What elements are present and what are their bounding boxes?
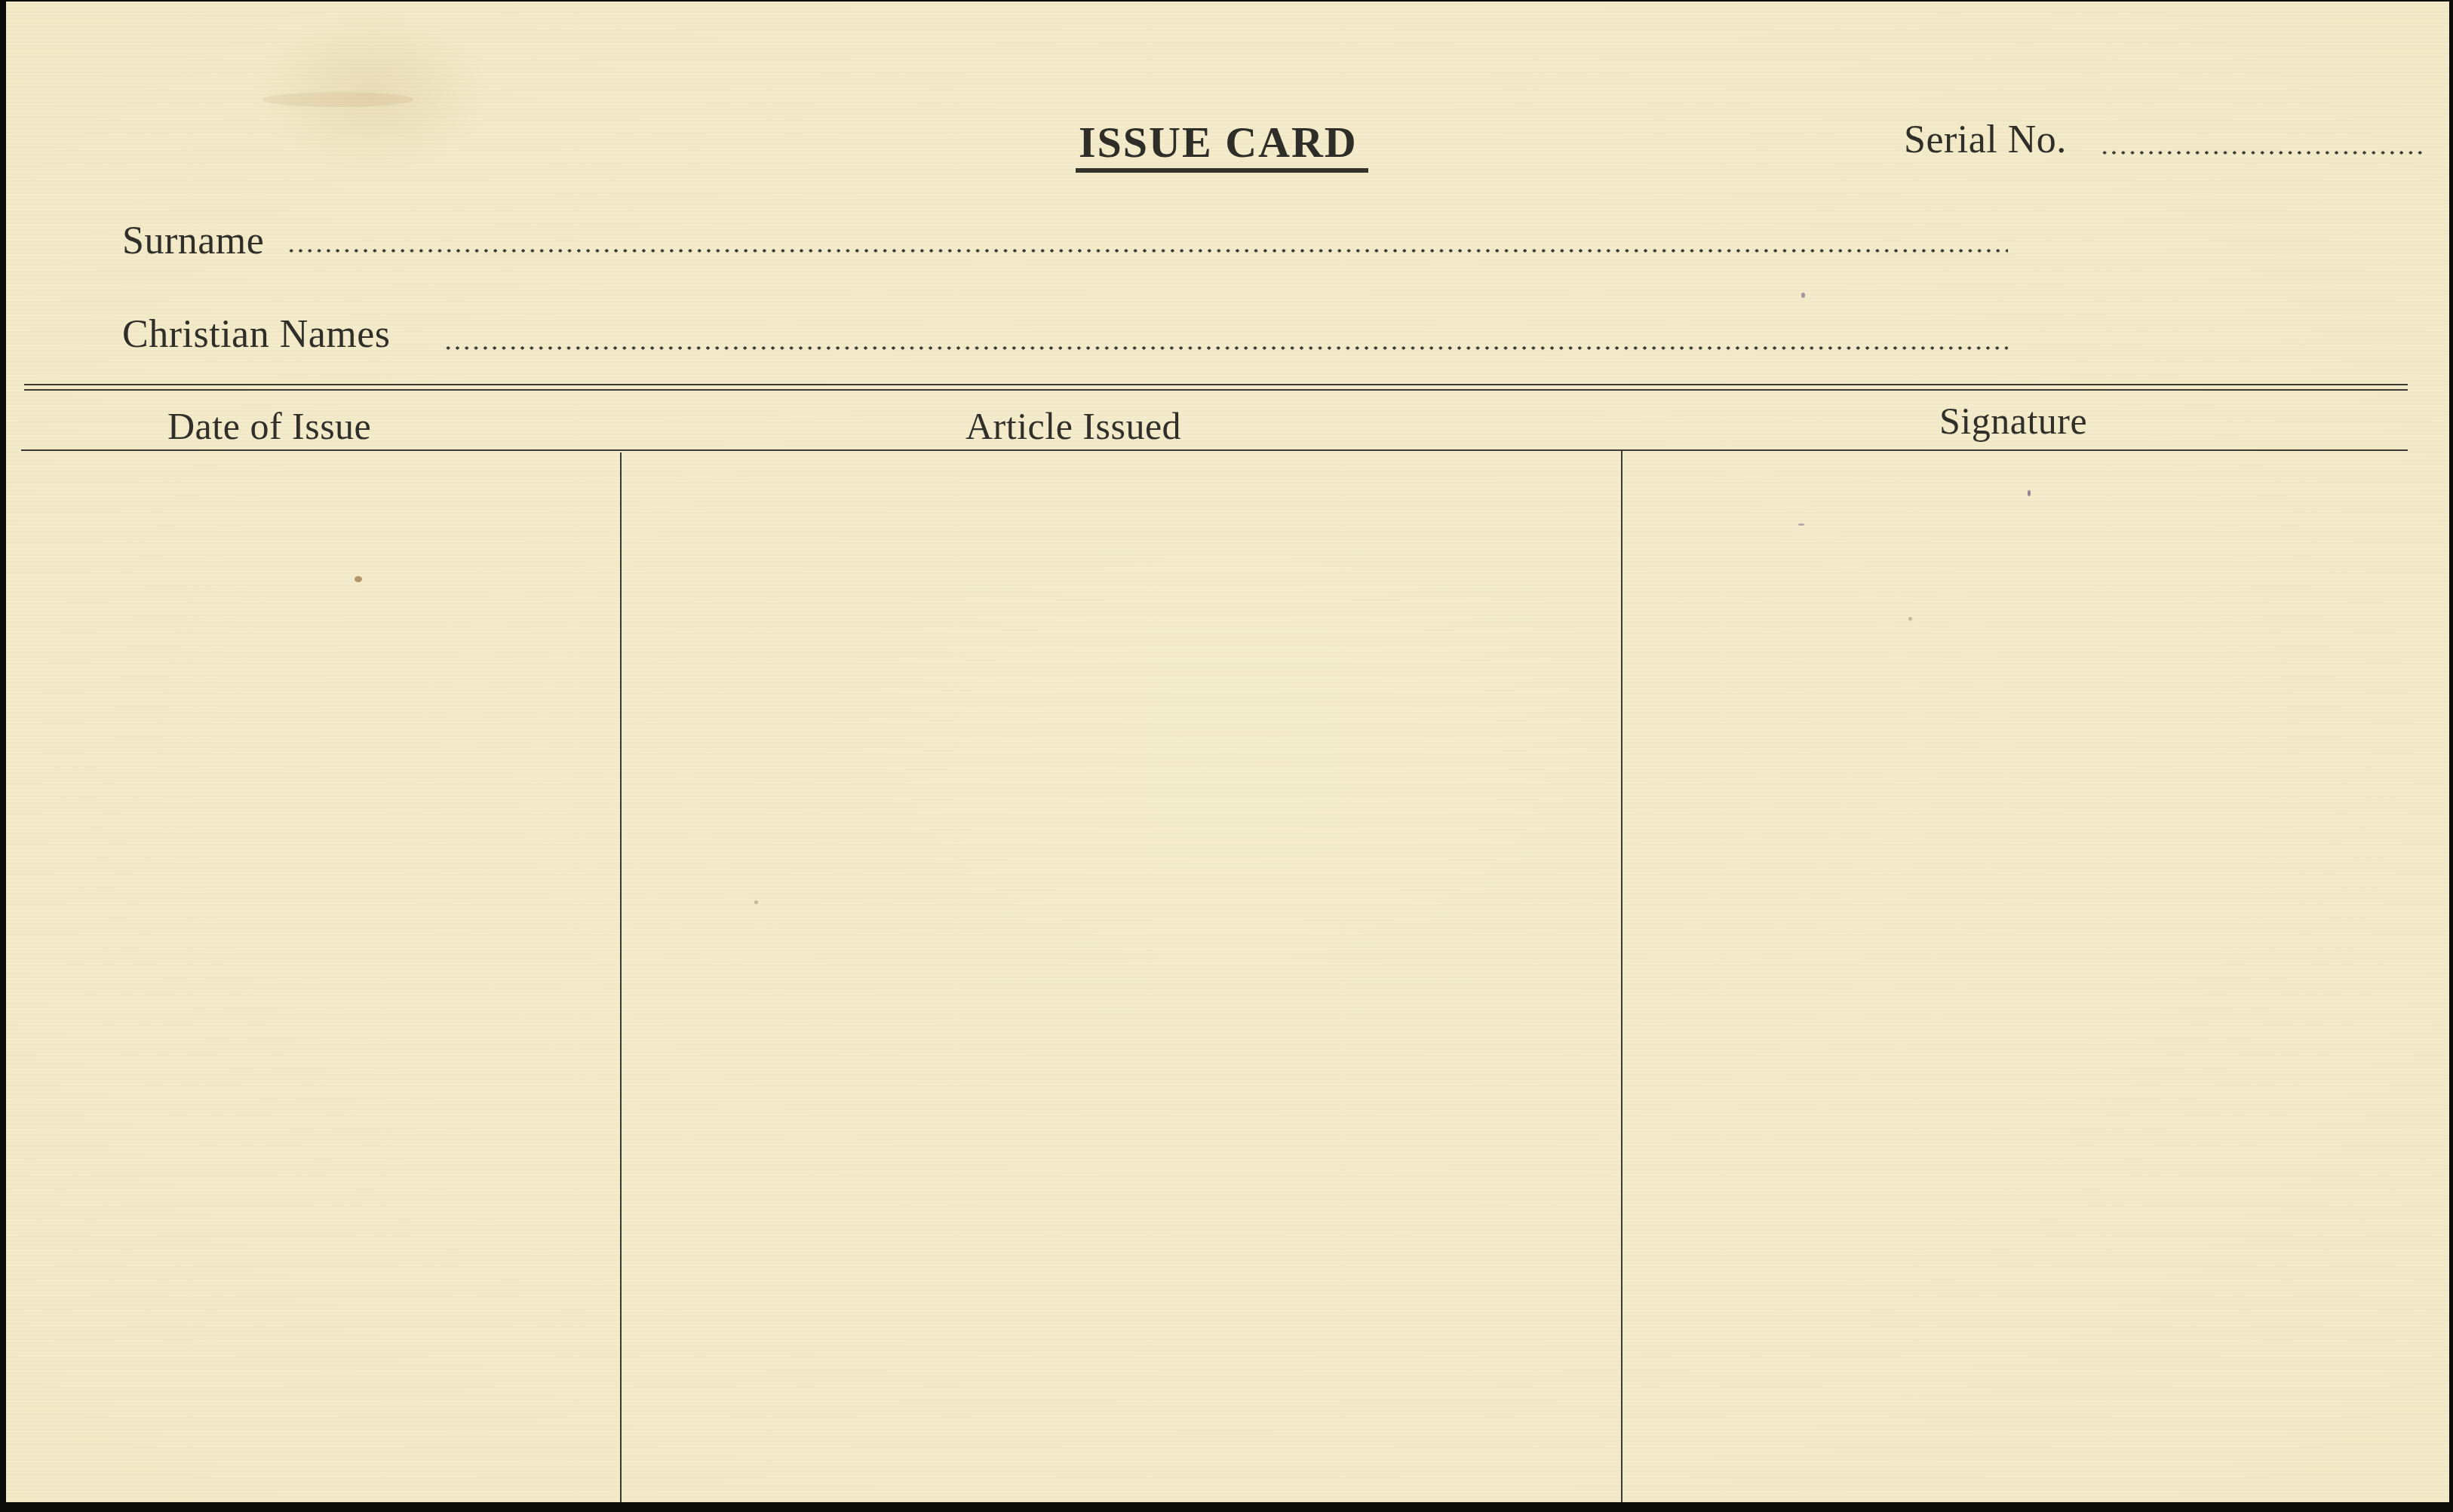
paper-speck (1801, 293, 1805, 298)
header-rule (21, 449, 2408, 451)
paper-speck (262, 92, 413, 107)
column-header-article-issued: Article Issued (966, 407, 1181, 445)
serial-no-field[interactable] (2100, 151, 2426, 155)
column-header-signature: Signature (1939, 402, 2087, 440)
date-of-issue-column[interactable] (21, 452, 620, 1502)
christian-names-label: Christian Names (122, 315, 391, 354)
surname-field[interactable] (287, 249, 2008, 253)
double-rule-top (24, 384, 2408, 385)
surname-label: Surname (122, 222, 264, 261)
title-underline (1076, 168, 1368, 173)
signature-column[interactable] (1623, 452, 2422, 1502)
paper-speck (2028, 490, 2031, 496)
paper-speck (754, 900, 758, 904)
paper-speck (355, 576, 362, 582)
card-title: ISSUE CARD (1079, 121, 1358, 164)
article-issued-column[interactable] (622, 452, 1621, 1502)
column-header-date-of-issue: Date of Issue (167, 407, 371, 445)
double-rule-bottom (24, 389, 2408, 391)
issue-card: ISSUE CARD Serial No. Surname Christian … (6, 2, 2449, 1502)
serial-no-label: Serial No. (1904, 121, 2067, 160)
paper-speck (1798, 523, 1804, 526)
paper-speck (1908, 617, 1912, 621)
christian-names-field[interactable] (444, 346, 2008, 350)
